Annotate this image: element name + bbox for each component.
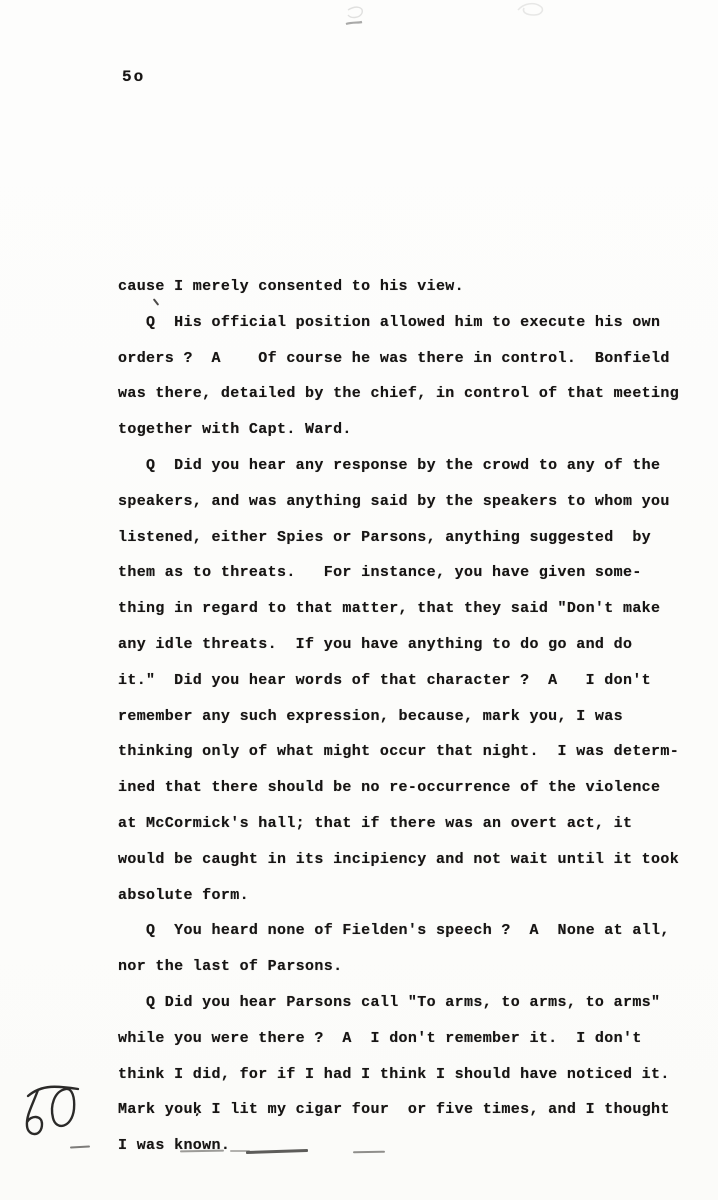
typed-line-19: Q You heard none of Fielden's speech ? A… [118,913,708,949]
typed-line-17: would be caught in its incipiency and no… [118,842,708,878]
typed-text-block: cause I merely consented to his view. Q … [118,269,708,1164]
typed-line-11: any idle threats. If you have anything t… [118,627,708,663]
typed-line-3: orders ? A Of course he was there in con… [118,341,708,377]
typed-line-16: at McCormick's hall; that if there was a… [118,806,708,842]
page-number-typed: 5o [122,68,145,86]
smudge-mark-top-center [338,2,374,32]
typed-line-9: them as to threats. For instance, you ha… [118,555,708,591]
typed-line-18: absolute form. [118,878,708,914]
handwritten-page-number [14,1074,94,1154]
typed-line-2: Q His official position allowed him to e… [118,305,708,341]
typed-line-13: remember any such expression, because, m… [118,699,708,735]
typed-line-15: ined that there should be no re-occurren… [118,770,708,806]
typed-line-1: cause I merely consented to his view. [118,269,708,305]
typed-line-8: listened, either Spies or Parsons, anyth… [118,520,708,556]
typed-line-5: together with Capt. Ward. [118,412,708,448]
typed-line-4: was there, detailed by the chief, in con… [118,376,708,412]
typed-line-22: while you were there ? A I don't remembe… [118,1021,708,1057]
typed-line-7: speakers, and was anything said by the s… [118,484,708,520]
typed-line-20: nor the last of Parsons. [118,949,708,985]
typed-line-14: thinking only of what might occur that n… [118,734,708,770]
typed-line-23: think I did, for if I had I think I shou… [118,1057,708,1093]
typed-line-6: Q Did you hear any response by the crowd… [118,448,708,484]
smudge-mark-top-right [512,0,552,22]
typed-line-10: thing in regard to that matter, that the… [118,591,708,627]
typed-line-24: Mark youķ I lit my cigar four or five ti… [118,1092,708,1128]
typed-line-12: it." Did you hear words of that characte… [118,663,708,699]
typed-line-21: Q Did you hear Parsons call "To arms, to… [118,985,708,1021]
scanned-page: 5o cause I merely consented to his view.… [0,0,718,1200]
typed-line-25: I was known. [118,1128,708,1164]
